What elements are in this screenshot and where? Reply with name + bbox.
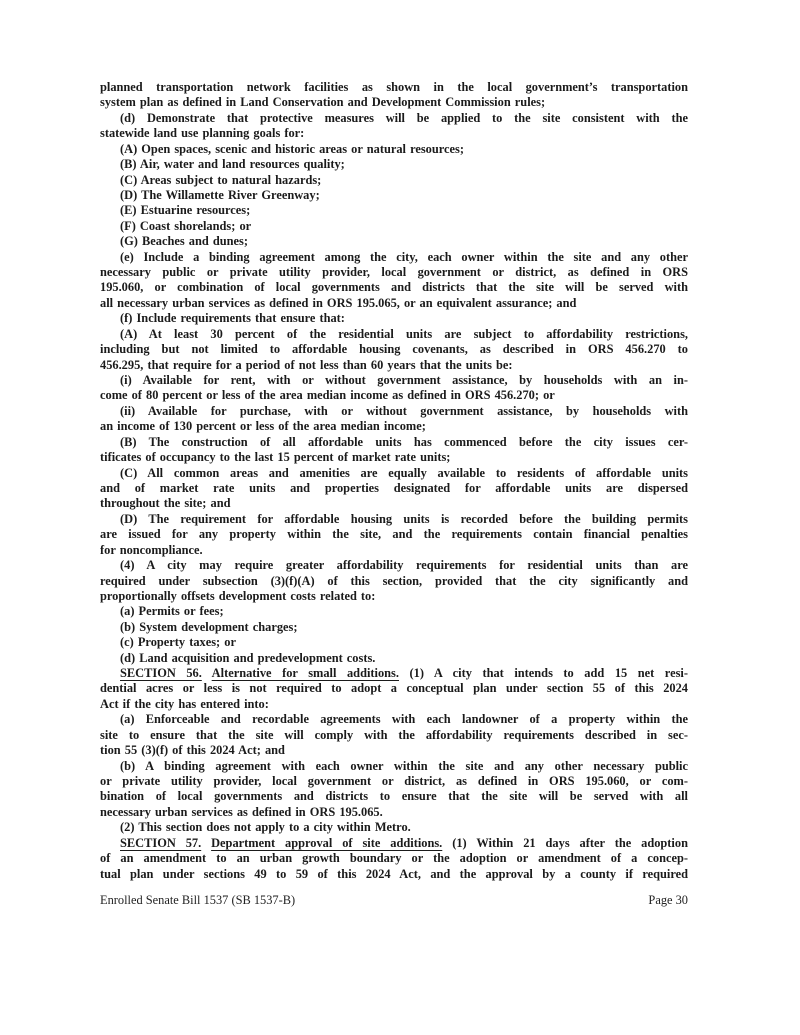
text-line: (D) The Willamette River Greenway; [100, 188, 688, 203]
text-line: required under subsection (3)(f)(A) of t… [100, 574, 688, 589]
text-line: proportionally offsets development costs… [100, 589, 688, 604]
text-line: (D) The requirement for affordable housi… [100, 512, 688, 527]
text-line: (G) Beaches and dunes; [100, 234, 688, 249]
text-line: throughout the site; and [100, 496, 688, 511]
text-line: dential acres or less is not required to… [100, 681, 688, 696]
text-line: system plan as defined in Land Conservat… [100, 95, 688, 110]
text-segment: (1) Within 21 days after the adoption [442, 836, 688, 850]
text-line: (2) This section does not apply to a cit… [100, 820, 688, 835]
footer-page-number: Page 30 [648, 893, 688, 907]
text-line: 456.295, that require for a period of no… [100, 358, 688, 373]
text-line: an income of 130 percent or less of the … [100, 419, 688, 434]
text-line: (A) Open spaces, scenic and historic are… [100, 142, 688, 157]
text-line: (b) A binding agreement with each owner … [100, 759, 688, 774]
text-line: (ii) Available for purchase, with or wit… [100, 404, 688, 419]
text-line: (C) Areas subject to natural hazards; [100, 173, 688, 188]
text-line: (4) A city may require greater affordabi… [100, 558, 688, 573]
text-line: planned transportation network facilitie… [100, 80, 688, 95]
text-line: and of market rate units and properties … [100, 481, 688, 496]
text-line: (B) Air, water and land resources qualit… [100, 157, 688, 172]
text-line: Act if the city has entered into: [100, 697, 688, 712]
text-line: necessary urban services as defined in O… [100, 805, 688, 820]
section-heading: SECTION 57. [120, 836, 201, 850]
text-segment [202, 666, 212, 680]
text-line: or private utility provider, local gover… [100, 774, 688, 789]
text-line: (e) Include a binding agreement among th… [100, 250, 688, 265]
text-line: (C) All common areas and amenities are e… [100, 466, 688, 481]
text-line: (b) System development charges; [100, 620, 688, 635]
text-line: (a) Enforceable and recordable agreement… [100, 712, 688, 727]
text-line: (F) Coast shorelands; or [100, 219, 688, 234]
text-line: necessary public or private utility prov… [100, 265, 688, 280]
text-line: of an amendment to an urban growth bound… [100, 851, 688, 866]
text-line: tual plan under sections 49 to 59 of thi… [100, 867, 688, 882]
section-heading: Alternative for small additions. [212, 666, 399, 680]
text-line: including but not limited to affordable … [100, 342, 688, 357]
text-line: bination of local governments and distri… [100, 789, 688, 804]
text-line: are issued for any property within the s… [100, 527, 688, 542]
text-line: 195.060, or combination of local governm… [100, 280, 688, 295]
text-line: (c) Property taxes; or [100, 635, 688, 650]
document-page: planned transportation network facilitie… [0, 0, 800, 1035]
text-line: (B) The construction of all affordable u… [100, 435, 688, 450]
text-line: statewide land use planning goals for: [100, 126, 688, 141]
footer-bill-title: Enrolled Senate Bill 1537 (SB 1537-B) [100, 893, 295, 907]
page-footer: Enrolled Senate Bill 1537 (SB 1537-B) Pa… [100, 893, 688, 907]
text-line: come of 80 percent or less of the area m… [100, 388, 688, 403]
text-line: (d) Land acquisition and predevelopment … [100, 651, 688, 666]
text-line: all necessary urban services as defined … [100, 296, 688, 311]
text-line: for noncompliance. [100, 543, 688, 558]
text-line: SECTION 56. Alternative for small additi… [100, 666, 688, 681]
text-line: tion 55 (3)(f) of this 2024 Act; and [100, 743, 688, 758]
text-line: (d) Demonstrate that protective measures… [100, 111, 688, 126]
text-line: SECTION 57. Department approval of site … [100, 836, 688, 851]
section-heading: Department approval of site additions. [211, 836, 442, 850]
text-line: (f) Include requirements that ensure tha… [100, 311, 688, 326]
text-line: site to ensure that the site will comply… [100, 728, 688, 743]
text-segment: (1) A city that intends to add 15 net re… [399, 666, 688, 680]
text-line: (a) Permits or fees; [100, 604, 688, 619]
text-line: tificates of occupancy to the last 15 pe… [100, 450, 688, 465]
section-heading: SECTION 56. [120, 666, 202, 680]
text-segment [201, 836, 211, 850]
text-line: (i) Available for rent, with or without … [100, 373, 688, 388]
text-line: (A) At least 30 percent of the residenti… [100, 327, 688, 342]
bill-text: planned transportation network facilitie… [100, 80, 688, 882]
text-line: (E) Estuarine resources; [100, 203, 688, 218]
